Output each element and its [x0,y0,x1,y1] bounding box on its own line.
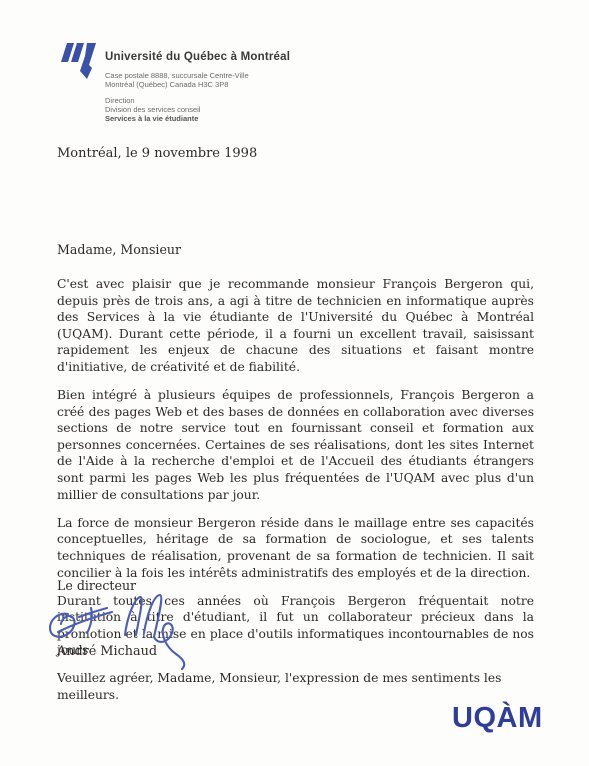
dept-line-1: Direction [105,96,290,105]
letter-page: Université du Québec à Montréal Case pos… [0,0,589,766]
letterhead-text: Université du Québec à Montréal Case pos… [105,42,290,123]
paragraph-2: Bien intégré à plusieurs équipes de prof… [57,387,534,503]
department-block: Direction Division des services conseil … [105,96,290,123]
letterhead: Université du Québec à Montréal Case pos… [58,42,290,123]
address-block: Case postale 8888, succursale Centre-Vil… [105,71,290,89]
salutation: Madame, Monsieur [57,242,534,257]
closing-line: Veuillez agréer, Madame, Monsieur, l'exp… [57,670,534,703]
uqam-logo-mark-icon [58,42,98,80]
address-line-1: Case postale 8888, succursale Centre-Vil… [105,71,290,80]
dept-line-3: Services à la vie étudiante [105,114,290,123]
address-line-2: Montréal (Québec) Canada H3C 3P8 [105,80,290,89]
university-name: Université du Québec à Montréal [105,51,290,63]
paragraph-1: C'est avec plaisir que je recommande mon… [57,276,534,376]
date-line: Montréal, le 9 novembre 1998 [57,146,257,161]
dept-line-2: Division des services conseil [105,105,290,114]
paragraph-3: La force de monsieur Bergeron réside dan… [57,515,534,581]
signature-handwriting-icon [46,588,216,673]
uqam-wordmark-logo: UQÀM [452,702,543,735]
